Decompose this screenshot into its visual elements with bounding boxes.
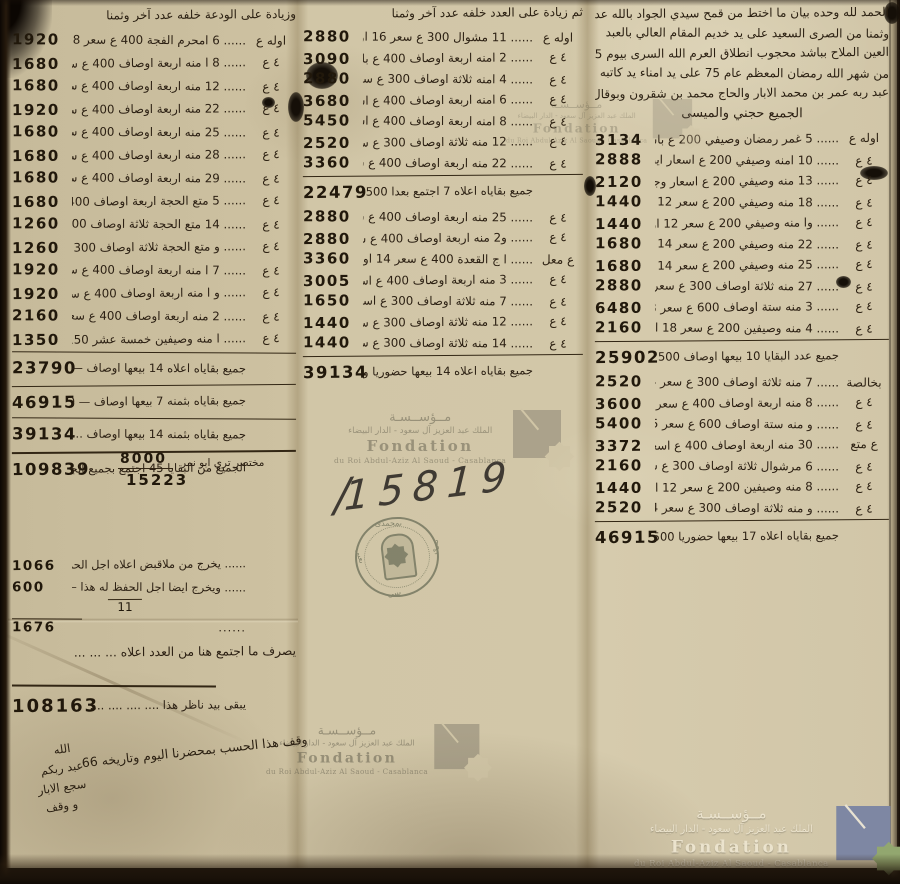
- watermark-arabic-subtitle: الملك عبد العزيز آل سعود - الدار البيضاء: [334, 425, 506, 437]
- row-val: 2888: [595, 150, 655, 168]
- ledger-row: 1920و ا منه اربعة اوصاف 400 ع سعر 8 وجب٤…: [12, 280, 296, 305]
- row-val: 2520: [595, 372, 655, 390]
- row-desc: و2 منه اربعة اوصاف 400 ع سعر 12 اوقية: [363, 230, 533, 245]
- ledger-row: 30053 منه اربعة اوصاف 400 ع اسعار وجب٤ ع: [303, 268, 583, 291]
- row-desc: 11 مشوال 300 ع سعر 16 اوقية: [363, 29, 533, 44]
- row-mark: ٤ ع: [246, 238, 296, 252]
- prose-line: وزيادة على الودعة خلفه عدد آخر وثمنا: [12, 7, 296, 29]
- row-val: 3005: [303, 271, 363, 289]
- ledger-row: 168025 منه اربعة اوصاف 400 ع سعر 7 وجب٤ …: [12, 119, 296, 143]
- row-val: 23790: [12, 358, 72, 377]
- eight-point-star-icon: [468, 758, 488, 778]
- row-desc: 25 منه وصيفي 200 ع سعر 14 اوقية: [655, 257, 839, 272]
- row-desc: جميع بقاياه اعلاه 7 اجتمع بعدا 500 ع وجب…: [363, 183, 533, 198]
- row-desc: 27 منه ثلاثة اوصاف 300 ع سعر 16 اوقية: [655, 278, 839, 293]
- ledger-column-middle: ثم زيادة على العدد خلفه عدد آخر وثمنا288…: [303, 6, 583, 386]
- row-val: 1066: [12, 557, 72, 573]
- row-desc: 2 امنه اربعة اوصاف 400 ع باسعار مختلفة و…: [363, 50, 533, 65]
- foundation-watermark-middle: مــؤســسـة الملك عبد العزيز آل سعود - ال…: [334, 410, 561, 466]
- row-val: 39134: [303, 362, 363, 381]
- row-desc: 7 منه ثلاثة اوصاف 300 ع سعر 14 اوقية: [655, 374, 839, 389]
- foundation-logo-icon: [435, 724, 480, 769]
- row-desc: 13 منه وصيفي 200 ع اسعار وجب: [655, 173, 839, 188]
- row-val: 1676: [12, 618, 82, 635]
- ledger-row: 21602 منه اربعة اوصاف 400 ع سعر 9 وجب٤ ع: [12, 303, 296, 327]
- row-val: 46915: [595, 527, 655, 546]
- row-val: 1680: [595, 234, 655, 252]
- row-desc: 8 منه وصيفين 200 ع سعر 12 اوقية: [655, 479, 839, 494]
- row-val: 5450: [303, 111, 363, 129]
- row-mark: ٤ ع: [533, 294, 583, 308]
- row-desc: 25 منه اربعة اوصاف 400 ع سعر 12 اوقية: [363, 209, 533, 224]
- row-desc: 28 منه اربعة اوصاف 400 ع سعر 7 وجب: [72, 147, 246, 162]
- row-mark: ٤ ع: [839, 298, 889, 312]
- ledger-row: 168022 منه وصيفي 200 ع سعر 14 اوقية٤ ع: [595, 232, 889, 255]
- ledger-row: 168028 منه اربعة اوصاف 400 ع سعر 7 وجب٤ …: [12, 142, 296, 167]
- ledger-row: 168025 منه وصيفي 200 ع سعر 14 اوقية٤ ع: [595, 253, 889, 276]
- row-desc: 25 منه اربعة اوصاف 400 ع سعر 7 وجب: [72, 124, 246, 139]
- total-row: 22479جميع بقاياه اعلاه 7 اجتمع بعدا 500 …: [303, 174, 583, 207]
- total-row: 23790جميع بقاياه اعلاه 14 بيعها اوصاف — …: [12, 351, 296, 383]
- side-calculation: 8000 مختصر ترى ابو نمر 15223: [118, 451, 278, 489]
- row-mark: ٤ ع: [839, 478, 889, 492]
- ink-stamp: ىمحمدى ىعىى ىىرى ىىىى: [350, 512, 443, 602]
- row-mark: ٤ ع: [839, 279, 889, 293]
- prose-line: وثمنا من الصرى السعيد على يد خديم المقام…: [595, 25, 889, 47]
- ledger-row: 1260و متع الحجة ثلاثة اوصاف 300 ع سعر 7 …: [12, 234, 296, 259]
- row-val: 1920: [12, 284, 72, 302]
- row-desc: 4 امنه ثلاثة اوصاف 300 ع سعر 16 اوقية: [363, 71, 533, 86]
- row-mark: اوله ع: [839, 130, 889, 144]
- row-val: 3680: [303, 91, 363, 109]
- row-mark: ٤ ع: [246, 100, 296, 114]
- row-desc: وا منه وصيفي 200 ع سعر 12 اوقية: [655, 215, 839, 230]
- row-desc: 22 منه اربعة اوصاف 400 ع سعر 8 وجب: [72, 101, 246, 116]
- row-val: 109839: [12, 459, 72, 478]
- row-val: 39134: [12, 424, 72, 443]
- row-desc: 12 منه ثلاثة اوصاف 300 ع سعر 8 وجب: [363, 314, 533, 329]
- ledger-row: 21604 منه وصيفين 200 ع سعر 18 اوقية٤ ع: [595, 316, 889, 339]
- row-val: 2520: [303, 133, 363, 151]
- row-mark: ٤ ع: [246, 79, 296, 93]
- eight-point-star-icon: [683, 129, 700, 146]
- ledger-column-right: الحمد لله وحده بيان ما اختط من قمح سيدي …: [595, 6, 889, 551]
- row-desc: 30 منه اربعة اوصاف 400 ع اسعار متعددة: [655, 437, 839, 452]
- ledger-row: 336022 منه اربعة اوصاف 400 ع سعر 14 اوقي…: [303, 151, 583, 173]
- row-val: 2880: [303, 69, 363, 87]
- ledger-row: 25207 منه ثلاثة اوصاف 300 ع سعر 14 اوقية…: [595, 370, 889, 393]
- row-val: 600: [12, 579, 72, 595]
- prose-line: ثم زيادة على العدد خلفه عدد آخر وثمنا: [303, 5, 583, 27]
- row-val: 1440: [303, 333, 363, 351]
- row-desc: 6 امحرم الفجة 400 ع سعر 8 وجب: [72, 32, 246, 47]
- ledger-row: 168029 منه اربعة اوصاف 400 ع سعر 7 وجب٤ …: [12, 165, 296, 189]
- row-mark: ٤ ع: [246, 192, 296, 206]
- ledger-row: 19207 ا منه اربعة اوصاف 400 ع سعر 8 وجب٤…: [12, 257, 296, 281]
- side-calc-top-value: 8000: [118, 451, 173, 469]
- row-mark: ٤ ع: [839, 214, 889, 228]
- row-val: 1260: [12, 238, 72, 256]
- watermark-french-name: Fondation: [266, 749, 428, 766]
- ledger-row: 21606 مرشوال ثلاثة اوصاف 300 ع سعر 12 او…: [595, 454, 889, 477]
- row-mark: ٤ ع: [839, 459, 889, 473]
- row-mark: اوله ع: [533, 30, 583, 44]
- row-val: 1440: [595, 478, 655, 496]
- watermark-french-subtitle: du Roi Abdul-Aziz Al Saoud - Casablanca: [266, 766, 428, 776]
- row-mark: ع معل: [533, 252, 583, 266]
- prose-line: العين الملاح بباشد محجوب انطلاق العرم ال…: [595, 45, 889, 67]
- ledger-row: 36008 منه اربعة اوصاف 400 ع سعر 15 اوقية…: [595, 391, 889, 414]
- ledger-row: 1350ا منه وصيفين خمسة عشر 150 ع سعر 9 وج…: [12, 326, 296, 351]
- row-desc: 4 منه وصيفين 200 ع سعر 18 اوقية: [655, 320, 839, 335]
- ledger-row: 30902 امنه اربعة اوصاف 400 ع باسعار مختل…: [303, 46, 583, 69]
- row-mark: ٤ ع: [839, 394, 889, 408]
- watermark-arabic-name: مــؤســسـة: [634, 806, 829, 823]
- note-line: يصرف ما اجتمع هنا من العدد اعلاه ... ...…: [12, 638, 296, 672]
- watermark-arabic-name: مــؤســسـة: [506, 99, 647, 111]
- row-val: 108163: [12, 695, 72, 716]
- signature-stack: الله عبد ربكم سجع الابار و وقف: [22, 740, 102, 816]
- row-desc: 6 مرشوال ثلاثة اوصاف 300 ع سعر 12 اوقية: [655, 458, 839, 473]
- total-row: 39134جميع بقاياه اعلاه 14 بيعها حضوريا و…: [303, 354, 583, 387]
- row-desc: و متع الحجة ثلاثة اوصاف 300 ع سعر 7 وجب: [72, 239, 246, 254]
- ledger-row: 144014 منه ثلاثة اوصاف 300 ع سعر 8 وجبا٤…: [303, 331, 583, 353]
- row-desc: 7 منه ثلاثة اوصاف 300 ع اسعار مختلفة: [363, 293, 533, 308]
- row-val: 46915: [12, 392, 72, 411]
- ledger-row: 168012 منه اربعة اوصاف 400 ع سعر 7 وجب٤ …: [12, 73, 296, 97]
- row-val: 2160: [595, 318, 655, 336]
- row-mark: ٤ ع: [533, 336, 583, 350]
- row-val: 25902: [595, 347, 655, 366]
- ledger-row: 2520و منه ثلاثة اوصاف 300 ع سعر 14 اوقية…: [595, 496, 889, 519]
- ledger-row: 288810 امنه وصيفي 200 ع اسعار ايضا٤ ع: [595, 148, 889, 171]
- prose-line: من شهر الله رمضان المعظم عام 75 على يد ا…: [595, 65, 889, 87]
- row-desc: 8 ا منه اربعة اوصاف 400 ع سعر 7 وجب: [72, 55, 246, 70]
- row-mark: ٤ ع: [246, 217, 296, 231]
- row-mark: ٤ ع: [839, 256, 889, 270]
- row-mark: ٤ ع: [533, 210, 583, 224]
- total-row: 39134جميع بقاياه بثمنه 14 بيعها اوصاف ..…: [12, 417, 296, 449]
- paper-edge-left: [0, 0, 11, 884]
- row-mark: ٤ ع: [839, 501, 889, 515]
- row-mark: ٤ ع: [839, 237, 889, 251]
- row-val: 3360: [303, 249, 363, 267]
- row-desc: 3 منه ستة اوصاف 600 ع سعر 18 اوقية: [655, 299, 839, 314]
- paper-edge-bottom: [0, 854, 900, 884]
- row-desc: ا منه وصيفين خمسة عشر 150 ع سعر 9 وجب: [72, 331, 246, 346]
- row-val: 1680: [12, 76, 72, 94]
- ledger-row: 1676: [12, 615, 296, 639]
- row-val: 3090: [303, 49, 363, 67]
- row-desc: جميع بقاياه اعلاه 14 بيعها حضوريا وسفاه …: [363, 363, 533, 378]
- total-row: 25902جميع عدد البقايا 10 بيعها اوصاف 500…: [595, 339, 889, 372]
- total-row: 108163يبقى بيد ناظر هذا .... .... .... .…: [12, 688, 296, 722]
- row-mark: ٤ ع: [533, 156, 583, 170]
- ledger-row: 28804 امنه ثلاثة اوصاف 300 ع سعر 16 اوقي…: [303, 67, 583, 89]
- row-val: 3360: [303, 153, 363, 171]
- ledger-row: 14408 منه وصيفين 200 ع سعر 12 اوقية٤ ع: [595, 475, 889, 498]
- ledger-row: 64803 منه ستة اوصاف 600 ع سعر 18 اوقية٤ …: [595, 295, 889, 318]
- row-mark: ٤ ع: [246, 330, 296, 344]
- row-val: 2520: [595, 498, 655, 516]
- row-desc: جميع بقاياه اعلاه 14 بيعها اوصاف — 215 ع…: [72, 361, 246, 376]
- stamp-rosette-icon: [387, 546, 406, 565]
- ledger-row: 337230 منه اربعة اوصاف 400 ع اسعار متعدد…: [595, 433, 889, 456]
- row-val: 2120: [595, 172, 655, 190]
- row-desc: 14 منه ثلاثة اوصاف 300 ع سعر 8 وجبا: [363, 335, 533, 350]
- row-val: 2160: [595, 456, 655, 474]
- gap-line: [12, 482, 296, 553]
- row-mark: ٤ ع: [246, 125, 296, 139]
- row-mark: ٤ ع: [533, 229, 583, 243]
- ledger-row: 144012 منه ثلاثة اوصاف 300 ع سعر 8 وجب٤ …: [303, 310, 583, 333]
- total-row: 46915جميع بقاياه بثمنه 7 بيعها اوصاف — 5…: [12, 384, 296, 417]
- row-val: 5400: [595, 414, 655, 432]
- row-val: 1440: [303, 313, 363, 331]
- row-mark: ٤ ع: [839, 195, 889, 209]
- row-mark: ٤ ع: [246, 146, 296, 160]
- row-desc: ويخرج ايضا اجل الحفظ له هذا — 4. للوسق و…: [72, 581, 246, 595]
- prose-line: الحمد لله وحده بيان ما اختط من قمح سيدي …: [595, 5, 889, 27]
- row-mark: بخالصة: [839, 375, 889, 389]
- ledger-row: 212013 منه وصيفي 200 ع اسعار وجب٤ ع: [595, 169, 889, 192]
- ledger-row: 600ويخرج ايضا اجل الحفظ له هذا — 4. للوس…: [12, 575, 296, 599]
- ledger-row: 144018 منه وصيفي 200 ع سعر 12 اوقية٤ ع: [595, 190, 889, 213]
- watermark-arabic-subtitle: الملك عبد العزيز آل سعود - الدار البيضاء: [634, 823, 829, 837]
- watermark-arabic-name: مــؤســسـة: [334, 410, 506, 425]
- row-mark: ٤ ع: [839, 417, 889, 431]
- row-mark: ٤ ع: [533, 271, 583, 285]
- row-desc: 12 منه اربعة اوصاف 400 ع سعر 7 وجب: [72, 78, 246, 93]
- row-desc: و ا منه اربعة اوصاف 400 ع سعر 8 وجب: [72, 285, 246, 300]
- row-desc: 7 ا منه اربعة اوصاف 400 ع سعر 8 وجب: [72, 262, 246, 277]
- row-val: 1680: [12, 122, 72, 140]
- foundation-logo-icon: [653, 99, 692, 138]
- row-val: 1680: [12, 54, 72, 72]
- row-desc: 10 امنه وصيفي 200 ع اسعار ايضا: [655, 152, 839, 167]
- row-val: 1920: [12, 100, 72, 118]
- ledger-row: 288011 مشوال 300 ع سعر 16 اوقيةاوله ع: [303, 25, 583, 47]
- row-val: 1350: [12, 330, 72, 348]
- row-mark: ٤ ع: [839, 321, 889, 335]
- row-desc: 22 منه وصيفي 200 ع سعر 14 اوقية: [655, 236, 839, 251]
- page-fold-shadow: [889, 0, 891, 884]
- row-desc: 14 متع الحجة ثلاثة اوصاف 300 ع سعر 7 وجب: [72, 216, 246, 231]
- foundation-logo-icon: [513, 410, 561, 458]
- stamp-script: ىمحمدى: [375, 519, 402, 528]
- row-mark: ٤ ع: [246, 171, 296, 185]
- eight-point-star-icon: [549, 446, 570, 467]
- mini-line: 11: [108, 599, 142, 616]
- ledger-row: 16805 متع الحجة اربعة اوصاف 400 ع سعر 7 …: [12, 188, 296, 213]
- row-mark: ٤ ع: [839, 172, 889, 186]
- side-calc-result: 15223: [126, 471, 278, 489]
- row-desc: جميع عدد البقايا 10 بيعها اوصاف 500 ع وج…: [655, 348, 839, 363]
- manuscript-scan: وزيادة على الودعة خلفه عدد آخر وثمنا1920…: [0, 0, 900, 884]
- row-val: 22479: [303, 182, 363, 201]
- row-val: 1920: [12, 260, 72, 278]
- row-desc: [82, 621, 246, 635]
- row-val: 3600: [595, 394, 655, 412]
- ledger-row: 1440وا منه وصيفي 200 ع سعر 12 اوقية٤ ع: [595, 211, 889, 234]
- foundation-watermark-top: مــؤســسـة الملك عبد العزيز آل سعود - ال…: [506, 99, 692, 145]
- total-row: 46915جميع بقاياه اعلاه 17 بيعها حضوريا 5…: [595, 519, 889, 552]
- row-val: 1680: [12, 168, 72, 186]
- row-desc: 29 منه اربعة اوصاف 400 ع سعر 7 وجب: [72, 170, 246, 185]
- row-desc: و منه ثلاثة اوصاف 300 ع سعر 14 اوقية: [655, 500, 839, 515]
- watermark-french-subtitle: du Roi Abdul-Aziz Al Saoud - Casablanca: [334, 455, 506, 466]
- row-mark: ٤ ع: [246, 309, 296, 323]
- watermark-arabic-subtitle: الملك عبد العزيز آل سعود - الدار البيضاء: [506, 111, 647, 121]
- row-mark: ٤ ع: [246, 54, 296, 68]
- row-desc: 18 منه وصيفي 200 ع سعر 12 اوقية: [655, 194, 839, 209]
- ledger-row: 2880و2 منه اربعة اوصاف 400 ع سعر 12 اوقي…: [303, 226, 583, 249]
- row-desc: يبقى بيد ناظر هذا .... .... .... ....: [72, 697, 246, 712]
- row-mark: ٤ ع: [246, 284, 296, 298]
- row-mark: ٤ ع: [246, 263, 296, 277]
- row-desc: 3 منه اربعة اوصاف 400 ع اسعار وجب: [363, 272, 533, 287]
- row-mark: اوله ع: [246, 33, 296, 47]
- ledger-row: 3360ا ج القعدة 400 ع سعر 14 اوقيةع معل: [303, 247, 583, 269]
- ledger-row: 1066يخرج من ملاقبض اعلاه اجل الحمالة ...…: [12, 552, 296, 577]
- row-val: 2880: [595, 276, 655, 294]
- row-desc: يخرج من ملاقبض اعلاه اجل الحمالة .... 66…: [72, 557, 246, 571]
- row-val: 1680: [595, 256, 655, 274]
- ledger-row: 288027 منه ثلاثة اوصاف 300 ع سعر 16 اوقي…: [595, 274, 889, 297]
- watermark-french-name: Fondation: [334, 437, 506, 455]
- watermark-french-subtitle: du Roi Abdul-Aziz Al Saoud - Casablanca: [506, 136, 647, 145]
- row-val: 1440: [595, 192, 655, 210]
- ledger-column-left: وزيادة على الودعة خلفه عدد آخر وثمنا1920…: [12, 8, 296, 721]
- row-mark: ع متع: [839, 436, 889, 450]
- row-desc: 5 متع الحجة اربعة اوصاف 400 ع سعر 7 وجب: [72, 193, 246, 208]
- ledger-row: 5400و منه ستة اوصاف 600 ع سعر 15 اوقية٤ …: [595, 412, 889, 435]
- row-val: 2880: [303, 229, 363, 247]
- row-val: 1680: [12, 192, 72, 210]
- row-mark: ٤ ع: [533, 313, 583, 327]
- row-val: 6480: [595, 298, 655, 316]
- row-val: 1680: [12, 146, 72, 164]
- row-val: 1920: [12, 30, 72, 48]
- ledger-row: 126014 متع الحجة ثلاثة اوصاف 300 ع سعر 7…: [12, 211, 296, 235]
- row-val: 3372: [595, 436, 655, 454]
- row-val: 1440: [595, 214, 655, 232]
- row-desc: جميع بقاياه بثمنه 14 بيعها اوصاف .... 50…: [72, 427, 246, 442]
- row-desc: جميع بقاياه اعلاه 17 بيعها حضوريا 500 ع …: [655, 528, 839, 543]
- row-val: 1650: [303, 291, 363, 309]
- ledger-row: 288025 منه اربعة اوصاف 400 ع سعر 12 اوقي…: [303, 205, 583, 227]
- row-mark: ٤ ع: [533, 49, 583, 63]
- row-desc: 22 منه اربعة اوصاف 400 ع سعر 14 اوقية: [363, 155, 533, 170]
- row-mark: ٤ ع: [839, 153, 889, 167]
- side-calc-label: مختصر ترى ابو نمر: [181, 457, 264, 469]
- watermark-french-name: Fondation: [506, 121, 647, 136]
- ledger-row: 192022 منه اربعة اوصاف 400 ع سعر 8 وجب٤ …: [12, 96, 296, 121]
- row-desc: 8 منه اربعة اوصاف 400 ع سعر 15 اوقية: [655, 395, 839, 410]
- row-val: 1260: [12, 214, 72, 232]
- row-desc: جميع بقاياه بثمنه 7 بيعها اوصاف — 5000. …: [72, 393, 246, 408]
- row-val: 2880: [303, 207, 363, 225]
- row-val: 2880: [303, 27, 363, 45]
- row-mark: ٤ ع: [533, 72, 583, 86]
- stamp-script: ىىرى: [429, 539, 440, 556]
- row-desc: و منه ستة اوصاف 600 ع سعر 15 اوقية: [655, 416, 839, 431]
- ledger-row: 16507 منه ثلاثة اوصاف 300 ع اسعار مختلفة…: [303, 289, 583, 311]
- rule-line: [12, 670, 217, 687]
- ledger-row: 16808 ا منه اربعة اوصاف 400 ع سعر 7 وجب٤…: [12, 50, 296, 75]
- foundation-logo-icon: [837, 806, 891, 860]
- row-desc: ا ج القعدة 400 ع سعر 14 اوقية: [363, 251, 533, 266]
- row-val: 2160: [12, 306, 72, 324]
- ledger-row: 19206 امحرم الفجة 400 ع سعر 8 وجباوله ع: [12, 27, 296, 51]
- row-desc: 2 منه اربعة اوصاف 400 ع سعر 9 وجب: [72, 308, 246, 323]
